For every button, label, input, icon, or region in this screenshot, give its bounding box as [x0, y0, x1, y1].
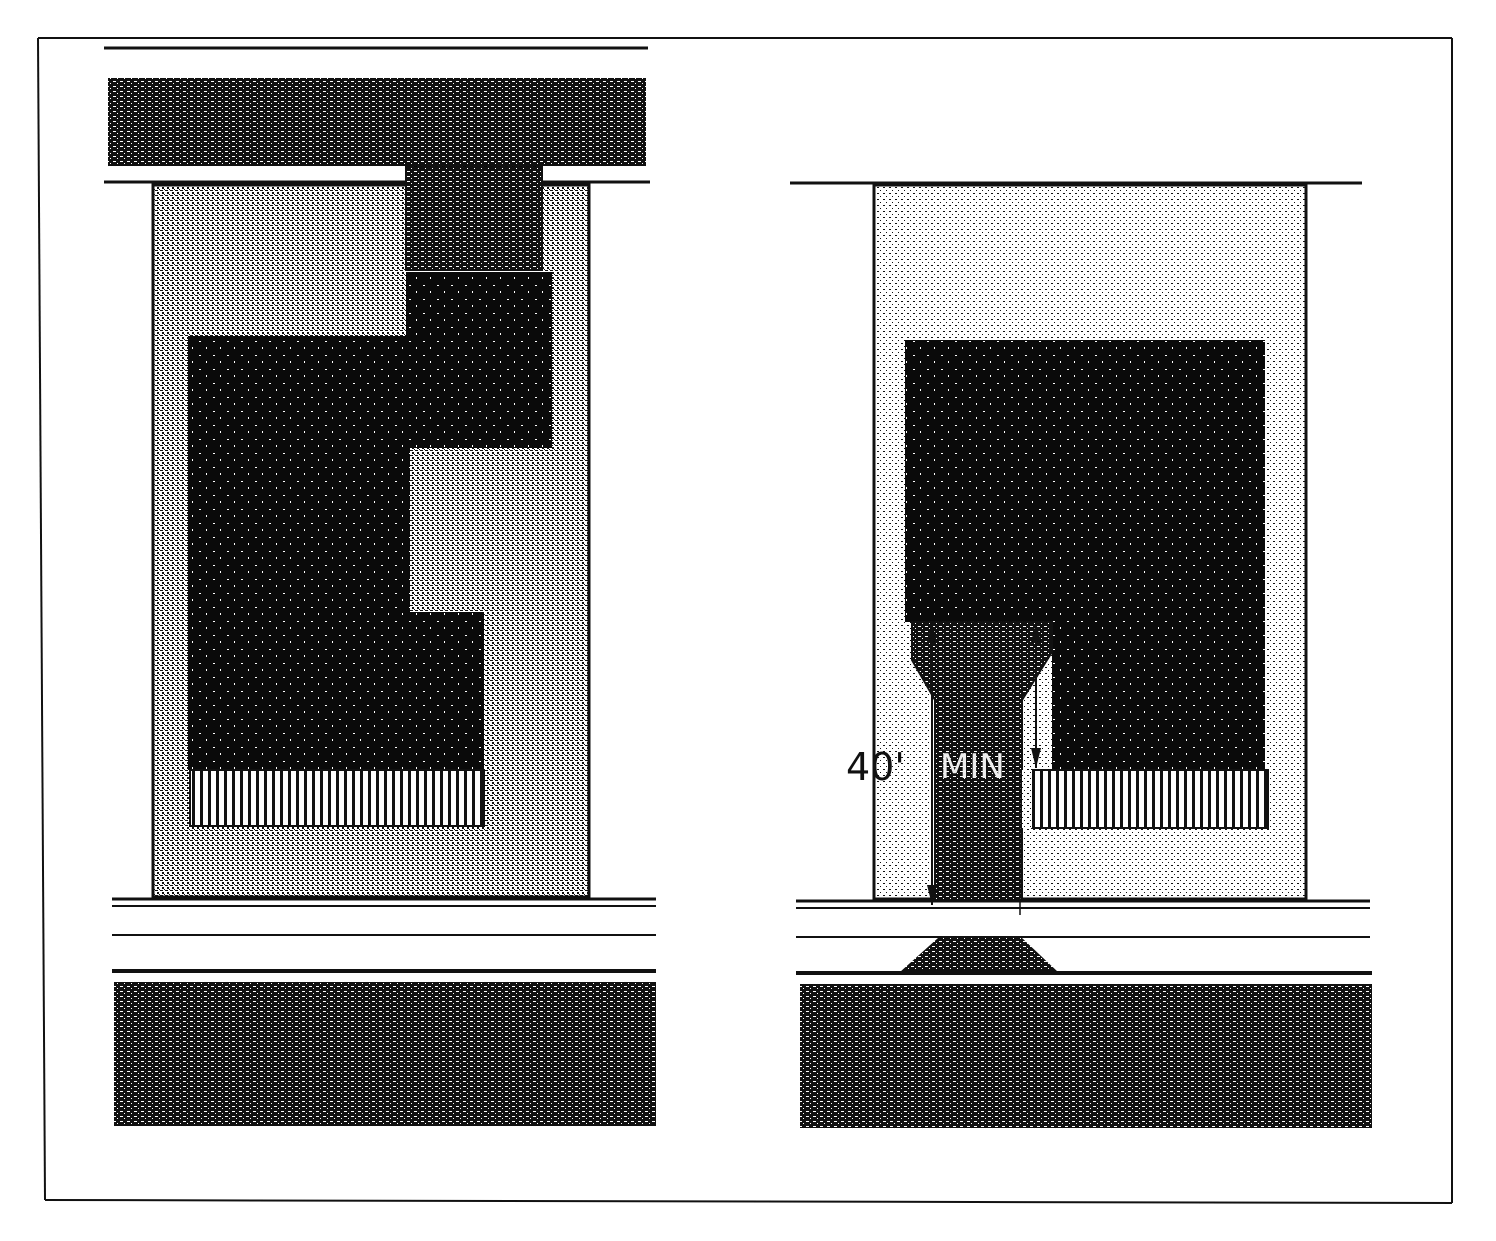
- base-layer: [114, 982, 656, 1126]
- dimension-label: 40': [846, 748, 905, 786]
- dimension-value: 40: [846, 745, 894, 789]
- right-panel: [790, 183, 1372, 1128]
- upper-vent-column: [406, 166, 542, 270]
- dimension-qualifier: MIN: [940, 747, 1005, 787]
- base-layer: [800, 984, 1372, 1128]
- top-cap-layer: [108, 78, 646, 166]
- dimension-unit-mark: ': [894, 745, 904, 789]
- vertical-hatch-base-layer: [1032, 770, 1268, 828]
- trapezoid-mound: [900, 938, 1058, 972]
- vertical-hatch-base-layer: [190, 770, 484, 826]
- diagram-canvas: [0, 0, 1496, 1241]
- left-panel: [104, 48, 656, 1126]
- dimension-qualifier-label: MIN: [940, 750, 1005, 784]
